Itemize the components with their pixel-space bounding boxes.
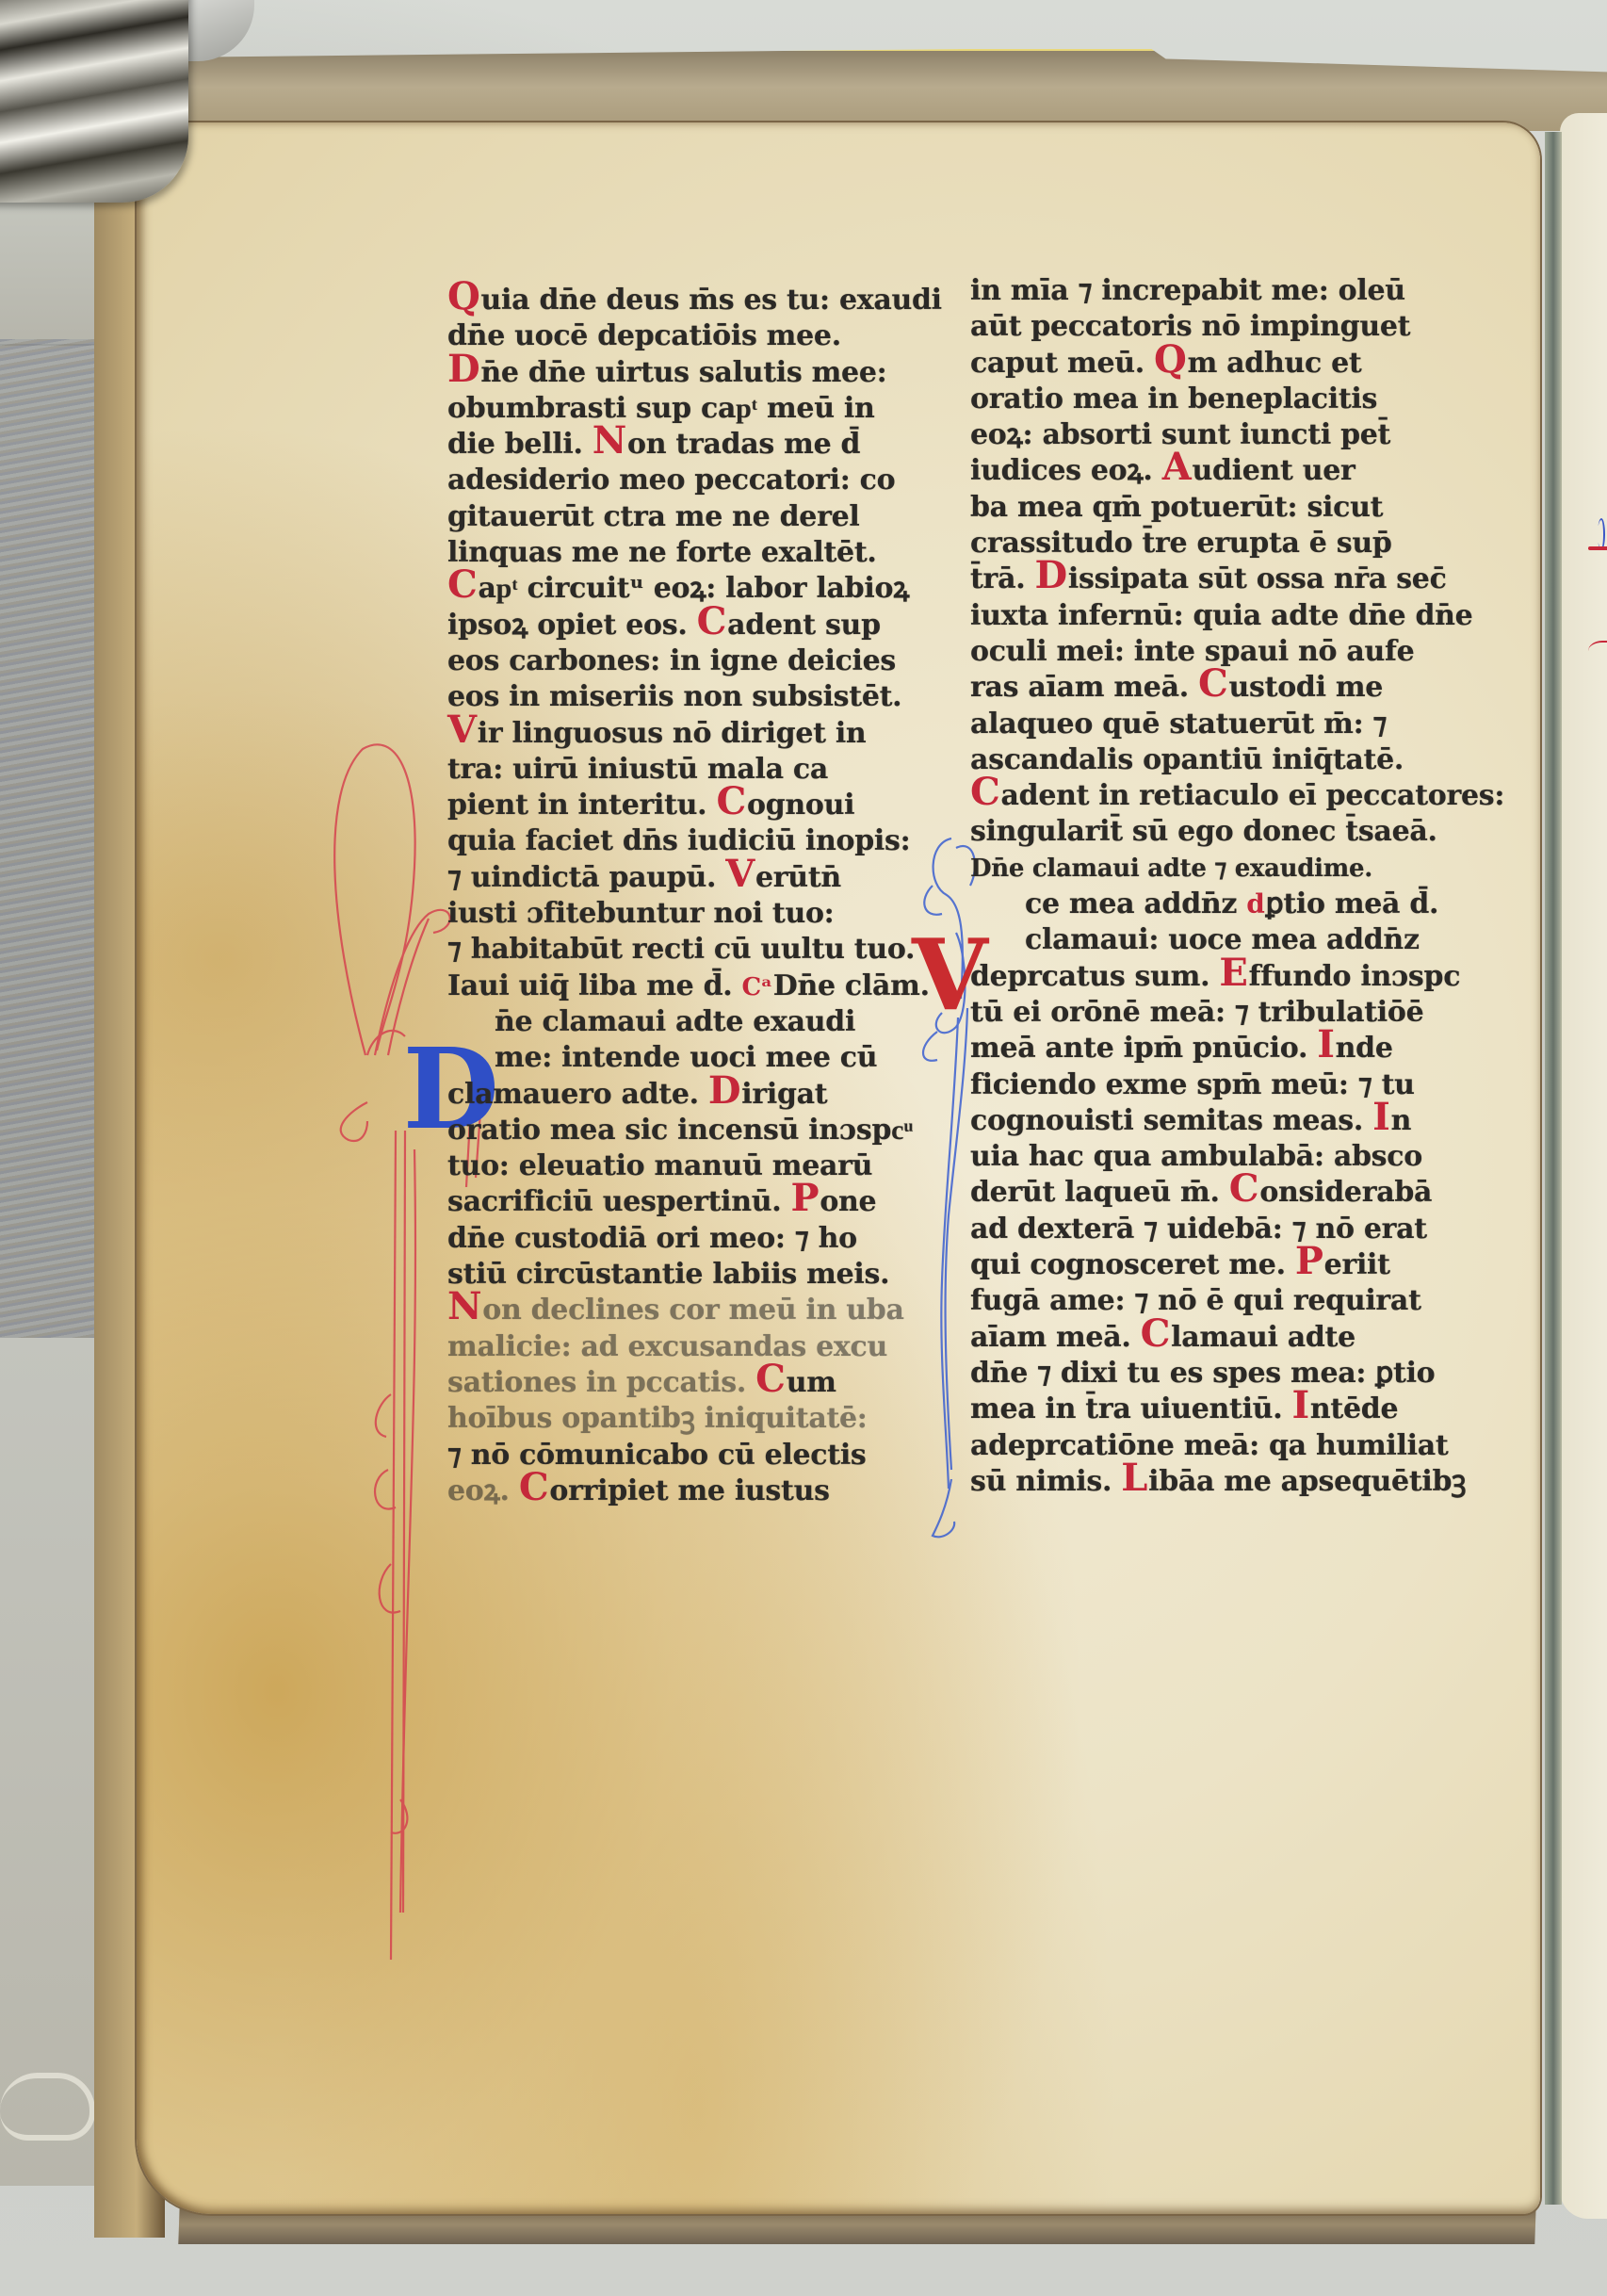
line-text: eriit — [1324, 1248, 1390, 1281]
line-text: irigat — [741, 1078, 827, 1111]
line-text: adent sup — [727, 609, 881, 642]
line-text: ficiendo exme spm̄ meū: ⁊ tu — [970, 1068, 1415, 1101]
text-line: Dn̄e clamaui adte ⁊ exaudime. — [970, 851, 1460, 887]
text-line: Non declines cor meū in uba — [447, 1293, 918, 1328]
text-line: t̄rā. Dissipata sūt ossa nr̄a sec̄ — [970, 562, 1460, 597]
text-line: qui cognosceret me. Periit — [970, 1247, 1460, 1283]
line-text: tra: uirū iniustū mala ca — [447, 753, 828, 786]
text-line: eos carbones: in igne deicies — [447, 643, 918, 679]
line-text: on tradas me d̄ — [627, 428, 860, 461]
line-text: nde — [1336, 1032, 1393, 1065]
text-line: dn̄e ⁊ dixi tu es spes mea: ꝑtio — [970, 1356, 1460, 1392]
rubric-initial: D — [708, 1077, 740, 1105]
line-text: sū nimis. — [970, 1465, 1121, 1498]
text-line: fugā ame: ⁊ nō ē qui requirat — [970, 1283, 1460, 1319]
line-text: ffundo inɔspc — [1249, 960, 1461, 993]
rubric-initial: I — [1291, 1392, 1308, 1420]
rubric-initial: Cᵃ — [742, 973, 772, 1001]
rubric-initial: C — [519, 1474, 549, 1502]
text-line: derūt laqueū m̄. Considerabā — [970, 1175, 1460, 1211]
text-line: tra: uirū iniustū mala ca — [447, 752, 918, 788]
gutter-fold — [1545, 132, 1562, 2205]
line-text: meā ante ipm̄ pnūcio. — [970, 1032, 1317, 1065]
text-line: aūt peccatoris nō impinguet — [970, 309, 1460, 345]
text-line: Dn̄e dn̄e uirtus salutis mee: — [447, 355, 918, 391]
line-text: apͭ circuitᵘ eoꝝ: labor labioꝝ — [479, 572, 910, 605]
line-text: issipata sūt ossa nr̄a sec̄ — [1068, 562, 1447, 595]
binder-clip-icon — [0, 0, 188, 203]
text-line: stiū circūstantie labiis meis. — [447, 1257, 918, 1293]
line-text: one — [820, 1185, 876, 1218]
line-text: caput meū. — [970, 347, 1154, 380]
text-line: ⁊ nō cōmunicabo cū electis — [447, 1438, 918, 1474]
line-text: adesiderio meo peccatori: co — [447, 464, 895, 497]
rubric-initial: V — [447, 716, 477, 744]
line-text: quia faciet dn̄s iudiciū inopis: — [447, 824, 910, 857]
text-line: Cadent in retiaculo eī peccatores: — [970, 778, 1460, 814]
line-text: adeprcatiōne meā: qa humiliat — [970, 1429, 1448, 1462]
line-text: hoībus opantibꝫ iniquitatē: — [447, 1402, 868, 1435]
line-text: orripiet me iustus — [549, 1474, 829, 1507]
text-line: oratio mea sic incensū inɔspcͧ — [447, 1113, 918, 1148]
text-line: n̄e clamaui adte exaudi — [447, 1004, 918, 1040]
rubric-initial: C — [716, 788, 746, 816]
line-text: iudices eoꝝ. — [970, 454, 1162, 487]
line-text: deprcatus sum. — [970, 960, 1219, 993]
text-line: dn̄e custodiā ori meo: ⁊ ho — [447, 1221, 918, 1257]
line-text: iusti ɔfitebuntur noi tuo: — [447, 897, 834, 930]
adjacent-leaf — [1560, 113, 1607, 2219]
line-text: uia dn̄e deus m̄s es tu: exaudi — [481, 284, 942, 317]
rubric-initial: D — [1035, 562, 1067, 590]
rubric-initial: C — [1141, 1320, 1171, 1348]
line-text: ognoui — [747, 789, 854, 822]
text-line: quia faciet dn̄s iudiciū inopis: — [447, 823, 918, 859]
text-line: deprcatus sum. Effundo inɔspc — [970, 959, 1460, 995]
rubric-initial: C — [755, 1365, 786, 1393]
backing-paper-upper — [0, 179, 104, 346]
line-text: oratio mea in beneplacitis — [970, 383, 1377, 415]
line-text: eoꝝ. — [447, 1474, 519, 1507]
line-text: ⁊ uindictā paupū. — [447, 861, 725, 894]
text-line: ba mea qm̄ potuerūt: sicut — [970, 490, 1460, 526]
line-text: ce mea addn̄z — [1025, 887, 1246, 920]
text-line: cognouisti semitas meas. In — [970, 1103, 1460, 1139]
line-text: ascandalis opantiū iniq̄tatē. — [970, 743, 1404, 776]
text-line: iudices eoꝝ. Audient uer — [970, 453, 1460, 489]
text-line: gitauerūt ctra me ne derel — [447, 499, 918, 535]
text-line: linquas me ne forte exaltēt. — [447, 535, 918, 571]
line-text: dn̄e ⁊ dixi tu es spes mea: ꝑtio — [970, 1357, 1435, 1390]
line-text: dn̄e custodiā ori meo: ⁊ ho — [447, 1222, 857, 1255]
line-text: ⁊ habitabūt recti cū uultu tuo. — [447, 933, 915, 966]
rubric-initial: E — [1219, 959, 1247, 987]
text-line: ⁊ uindictā paupū. Verūtn̄ — [447, 860, 918, 896]
line-text: clamauero adte. — [447, 1078, 708, 1111]
rubric-initial: P — [1295, 1247, 1323, 1276]
text-line: Vir linguosus nō diriget in — [447, 716, 918, 752]
line-text: tū ei orōnē meā: ⁊ tribulatiōē — [970, 996, 1423, 1029]
line-text: Dn̄e clām. — [773, 969, 930, 1002]
line-text: singularit̄ sū ego donec t̄saeā. — [970, 815, 1437, 848]
rubric-initial: I — [1317, 1031, 1334, 1059]
rubric-initial: A — [1162, 453, 1192, 481]
text-line: tū ei orōnē meā: ⁊ tribulatiōē — [970, 995, 1460, 1031]
line-text: m adhuc et — [1188, 347, 1362, 380]
line-text: ir linguosus nō diriget in — [478, 717, 867, 750]
left-column-text: Quia dn̄e deus m̄s es tu: exaudi dn̄e uo… — [447, 283, 918, 1509]
adjacent-leaf-red-flourish — [1588, 641, 1607, 661]
line-text: mea in t̄ra uiuentiū. — [970, 1392, 1291, 1425]
text-line: singularit̄ sū ego donec t̄saeā. — [970, 814, 1460, 850]
line-text: ustodi me — [1229, 671, 1384, 704]
line-text: ibāa me apsequētibꝫ — [1148, 1465, 1466, 1498]
text-line: ad dexterā ⁊ uidebā: ⁊ nō erat — [970, 1212, 1460, 1247]
text-line: malicie: ad excusandas excu — [447, 1329, 918, 1365]
text-line: Iaui uiq̄ liba me d̄. CᵃDn̄e clām. — [447, 969, 918, 1004]
text-line: Quia dn̄e deus m̄s es tu: exaudi — [447, 283, 918, 318]
rubric-initial: V — [725, 860, 755, 888]
rubric-initial: I — [1372, 1103, 1389, 1132]
line-text: eos in miseriis non subsistēt. — [447, 680, 901, 713]
adjacent-leaf-red-mark — [1588, 546, 1607, 550]
line-text: lamaui adte — [1171, 1321, 1355, 1354]
line-text: die belli. — [447, 428, 592, 461]
line-text: alaqueo quē statuerūt m̄: ⁊ — [970, 708, 1387, 741]
line-text: qui cognosceret me. — [970, 1248, 1295, 1281]
line-text: ipsoꝝ opiet eos. — [447, 609, 697, 642]
rubric-initial: L — [1121, 1464, 1147, 1492]
text-line: eoꝝ: absorti sunt iuncti pet̄ — [970, 417, 1460, 453]
line-text: stiū circūstantie labiis meis. — [447, 1258, 889, 1291]
line-text: um — [787, 1366, 836, 1399]
line-text: dn̄e uocē depcatiōis mee. — [447, 319, 841, 352]
rubric-initial: D — [447, 355, 479, 383]
text-line: sū nimis. Libāa me apsequētibꝫ — [970, 1464, 1460, 1500]
line-text: sacrificiū uespertinū. — [447, 1185, 791, 1218]
text-line: iusti ɔfitebuntur noi tuo: — [447, 896, 918, 932]
rubric-initial: N — [447, 1293, 481, 1321]
text-line: pient in interitu. Cognoui — [447, 788, 918, 823]
line-text: derūt laqueū m̄. — [970, 1176, 1229, 1209]
text-line: ⁊ habitabūt recti cū uultu tuo. — [447, 932, 918, 968]
adjacent-leaf-blue-flourish — [1598, 518, 1605, 550]
line-text: ⁊ nō cōmunicabo cū electis — [447, 1439, 867, 1472]
text-line: obumbrasti sup capͭ meū in — [447, 391, 918, 427]
rubric-initial: P — [791, 1184, 820, 1213]
line-text: iuxta infernū: quia adte dn̄e dn̄e — [970, 599, 1472, 632]
line-text: linquas me ne forte exaltēt. — [447, 536, 877, 569]
line-text: adent in retiaculo eī peccatores: — [1001, 779, 1505, 812]
line-text: aīam meā. — [970, 1321, 1141, 1354]
line-text: ntēde — [1310, 1392, 1398, 1425]
text-line: iuxta infernū: quia adte dn̄e dn̄e — [970, 598, 1460, 634]
text-line: die belli. Non tradas me d̄ — [447, 427, 918, 463]
text-line: in mīa ⁊ increpabit me: oleū — [970, 273, 1460, 309]
rubric-initial: C — [1229, 1175, 1259, 1203]
rubric-initial: Q — [447, 283, 480, 311]
text-line: meā ante ipm̄ pnūcio. Inde — [970, 1031, 1460, 1067]
line-text: uia hac qua ambulabā: absco — [970, 1140, 1422, 1173]
text-line: adeprcatiōne meā: qa humiliat — [970, 1428, 1460, 1464]
line-text: oculi mei: inte spaui nō aufe — [970, 635, 1414, 668]
text-line: eoꝝ. Corripiet me iustus — [447, 1474, 918, 1509]
line-text: crassitudo t̄re erupta ē sup̄ — [970, 527, 1392, 560]
rubric-initial: d — [1246, 890, 1264, 919]
text-line: clamaui: uoce mea addn̄z — [970, 922, 1460, 958]
text-line: me: intende uoci mee cū — [447, 1040, 918, 1076]
line-text: aūt peccatoris nō impinguet — [970, 310, 1410, 343]
line-text: Iaui uiq̄ liba me d̄. — [447, 969, 742, 1002]
line-text: t̄rā. — [970, 562, 1035, 595]
text-line: adesiderio meo peccatori: co — [447, 463, 918, 498]
line-text: eos carbones: in igne deicies — [447, 644, 896, 677]
text-line: uia hac qua ambulabā: absco — [970, 1139, 1460, 1175]
right-column-text: in mīa ⁊ increpabit me: oleū aūt peccato… — [970, 273, 1460, 1500]
line-text: obumbrasti sup capͭ meū in — [447, 392, 874, 425]
text-line: ascandalis opantiū iniq̄tatē. — [970, 742, 1460, 778]
line-text: on declines cor meū in uba — [482, 1294, 903, 1327]
line-text: malicie: ad excusandas excu — [447, 1330, 887, 1363]
rubric-initial: N — [592, 427, 626, 455]
text-line: hoībus opantibꝫ iniquitatē: — [447, 1401, 918, 1437]
text-line: sacrificiū uespertinū. Pone — [447, 1184, 918, 1220]
rubric-initial: C — [1198, 670, 1228, 698]
text-line: dn̄e uocē depcatiōis mee. — [447, 318, 918, 354]
rubric-initial: Q — [1154, 346, 1187, 374]
line-text: ad dexterā ⁊ uidebā: ⁊ nō erat — [970, 1213, 1427, 1246]
line-text: ba mea qm̄ potuerūt: sicut — [970, 491, 1383, 524]
text-line: aīam meā. Clamaui adte — [970, 1320, 1460, 1356]
line-text: udient uer — [1192, 454, 1355, 487]
line-text: cognouisti semitas meas. — [970, 1104, 1372, 1137]
line-text: me: intende uoci mee cū — [495, 1041, 877, 1074]
text-line: ipsoꝝ opiet eos. Cadent sup — [447, 608, 918, 643]
line-text: in mīa ⁊ increpabit me: oleū — [970, 274, 1405, 307]
line-text: ras aīam meā. — [970, 671, 1198, 704]
text-line: Capͭ circuitᵘ eoꝝ: labor labioꝝ — [447, 571, 918, 607]
text-line: alaqueo quē statuerūt m̄: ⁊ — [970, 707, 1460, 742]
rubric-initial: C — [970, 778, 1000, 806]
text-line: ce mea addn̄z dꝑtio meā d̄. — [970, 887, 1460, 922]
line-text: n̄e dn̄e uirtus salutis mee: — [480, 356, 886, 389]
text-line: ras aīam meā. Custodi me — [970, 670, 1460, 706]
line-text: fugā ame: ⁊ nō ē qui requirat — [970, 1284, 1421, 1317]
cord-icon — [0, 2073, 95, 2141]
line-text: erūtn̄ — [755, 861, 841, 894]
text-line: clamauero adte. Dirigat — [447, 1077, 918, 1113]
line-text: pient in interitu. — [447, 789, 716, 822]
line-text: sationes in pccatis. — [447, 1366, 755, 1399]
line-text: oratio mea sic incensū inɔspcͧ — [447, 1114, 913, 1147]
text-line: mea in t̄ra uiuentiū. Intēde — [970, 1392, 1460, 1427]
text-line: oratio mea in beneplacitis — [970, 382, 1460, 417]
line-text: n — [1391, 1104, 1412, 1137]
line-text: Dn̄e clamaui adte ⁊ exaudime. — [970, 855, 1372, 883]
line-text: n̄e clamaui adte exaudi — [495, 1005, 855, 1038]
rubric-initial: C — [447, 571, 478, 599]
line-text: onsiderabā — [1259, 1176, 1432, 1209]
text-line: eos in miseriis non subsistēt. — [447, 679, 918, 715]
line-text: ꝑtio meā d̄. — [1266, 887, 1439, 920]
text-line: tuo: eleuatio manuū mearū — [447, 1148, 918, 1184]
rubric-initial: C — [697, 608, 727, 636]
text-line: sationes in pccatis. Cum — [447, 1365, 918, 1401]
line-text: gitauerūt ctra me ne derel — [447, 500, 859, 533]
text-line: caput meū. Qm adhuc et — [970, 346, 1460, 382]
